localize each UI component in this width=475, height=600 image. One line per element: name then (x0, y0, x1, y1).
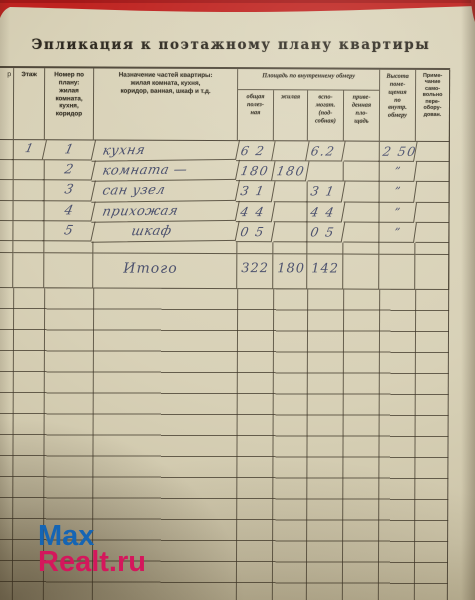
empty-cell (379, 243, 415, 255)
empty-cell (0, 253, 13, 288)
column-header-height: Высота поме- щения по внутр. обмеру (380, 70, 416, 142)
cell-height-ditto: ” (378, 203, 417, 223)
cell-height-ditto: ” (378, 162, 417, 182)
cell-adjusted-area (343, 223, 379, 243)
cell-height-ditto: ” (378, 182, 417, 203)
empty-cell (343, 243, 379, 255)
cell-floor: 1 (12, 140, 47, 160)
column-header-number: Номер по плану: жилая комната, кухня, ко… (45, 68, 94, 140)
cell-living-area (273, 202, 307, 222)
cell-total-area: 0 5 (236, 222, 276, 242)
cell-living-area (274, 181, 308, 202)
cell-adjusted-area (344, 162, 380, 182)
photo-of-document: Эпликация к поэтажному плану квартиры р … (0, 0, 475, 600)
cell-floor (14, 160, 45, 180)
cutoff-column-header: р (0, 68, 14, 140)
cell-floor (13, 201, 44, 221)
totals-living-area: 180 (273, 254, 307, 289)
empty-cell (93, 241, 237, 254)
totals-total-area: 322 (237, 254, 273, 289)
cell-auxiliary-area: 4 4 (306, 202, 346, 222)
empty-cell (0, 241, 13, 253)
cell-auxiliary-area: 3 1 (306, 181, 346, 202)
cell-living-area: 180 (272, 161, 310, 181)
cell-total-area: 6 2 (236, 141, 276, 161)
column-header-note: Приме- чание само- вольно пере- обору- д… (416, 70, 450, 142)
empty-cell (343, 255, 379, 290)
table-cell (0, 180, 14, 201)
cell-auxiliary-area: 0 5 (306, 222, 346, 242)
cell-room-number: 3 (42, 180, 96, 201)
cell-room-number: 2 (43, 160, 96, 180)
cell-room-name: сан узел (91, 180, 240, 203)
cell-note (415, 223, 449, 243)
cell-room-number: 1 (43, 140, 96, 160)
empty-cell (273, 242, 307, 254)
document-title: Эпликация к поэтажному плану квартиры (0, 37, 462, 53)
blank-grid-rows (0, 288, 449, 600)
empty-cell (307, 242, 343, 254)
cell-room-name: прихожая (91, 201, 240, 223)
cell-floor (14, 180, 45, 201)
column-header-auxiliary-area: вспо- могат. (под- собная) (308, 90, 344, 141)
cell-living-area (273, 222, 307, 242)
column-header-floor: Этаж (14, 68, 45, 140)
totals-label: Итого (93, 253, 237, 289)
cell-living-area (272, 141, 310, 161)
empty-cell (415, 255, 449, 290)
cell-room-name: кухня (92, 140, 241, 162)
totals-auxiliary-area: 142 (307, 254, 343, 289)
cell-room-number: 5 (42, 221, 95, 241)
cell-floor (13, 221, 44, 241)
cell-auxiliary-area: 6.2 (306, 141, 346, 161)
table-cell (0, 201, 14, 221)
cell-adjusted-area (344, 182, 380, 203)
cell-note (416, 142, 450, 162)
table-cell (0, 221, 13, 241)
cell-note (415, 203, 449, 223)
cell-total-area: 3 1 (236, 181, 276, 202)
empty-cell (415, 243, 449, 255)
empty-cell (237, 242, 273, 254)
empty-cell (13, 241, 44, 253)
cell-room-name: шкаф (91, 221, 240, 243)
empty-cell (379, 255, 415, 290)
column-header-adjusted-area: приве- денная пло- щадь (344, 91, 380, 142)
empty-cell (44, 253, 93, 288)
cell-total-area: 180 (236, 161, 276, 181)
empty-cell (13, 253, 44, 288)
cell-room-name: комната — (91, 160, 240, 182)
cell-note (416, 162, 450, 182)
table-cell (0, 160, 14, 180)
column-group-header-area: Площадь по внутреннему обмеру (238, 69, 380, 91)
empty-cell (44, 241, 93, 253)
cell-total-area: 4 4 (236, 202, 276, 222)
cell-room-number: 4 (42, 201, 95, 221)
cell-adjusted-area (343, 203, 379, 223)
column-header-living-area: жилая (274, 90, 308, 141)
explication-table: р Этаж Номер по плану: жилая комната, ку… (0, 66, 450, 600)
cell-adjusted-area (344, 142, 380, 162)
column-header-total-area: общая полез- ная (238, 90, 274, 141)
column-header-purpose: Назначение частей квартиры: жилая комнат… (94, 68, 238, 141)
cell-auxiliary-area (308, 161, 344, 181)
cell-height-ditto: ” (378, 223, 417, 243)
cell-height: 2 50 (378, 142, 418, 162)
cell-note (416, 182, 450, 203)
